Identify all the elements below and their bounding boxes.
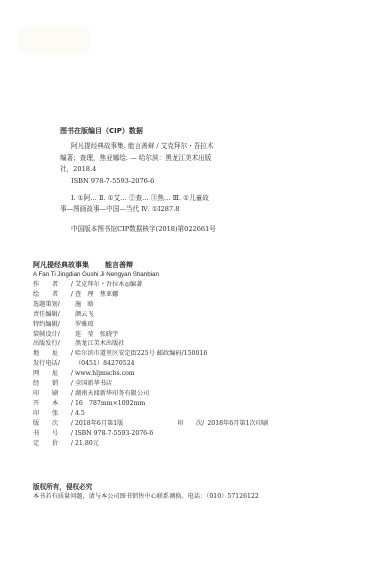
- cip-block: 图书在版编目（CIP）数据 阿凡提经典故事集. 能言善辩 / 艾克拜尔・吾拉木 …: [60, 126, 360, 235]
- credit-value: 艾克拜尔・吾拉木◎编著: [73, 280, 142, 290]
- credit-label: 绘者/: [33, 290, 73, 300]
- credit-label: 特约编辑/: [33, 320, 73, 330]
- credit-value: 全国新华书店: [73, 379, 112, 389]
- credit-label: 选题策划/: [33, 300, 73, 310]
- credit-row: 特约编辑/罗雅琼: [33, 320, 363, 330]
- cip-title: 图书在版编目（CIP）数据: [60, 126, 360, 137]
- credit-row: 网址/www.hljmscbs.com: [33, 369, 363, 379]
- cip-line: 社，2018.4: [60, 164, 360, 175]
- credit-value: 罗雅琼: [73, 320, 94, 330]
- credit-value: 16 787mm×1092mm: [73, 399, 145, 409]
- credit-value: www.hljmscbs.com: [73, 369, 135, 379]
- credit-value: 施 晗: [73, 300, 94, 310]
- credit-label: 印刷/: [33, 389, 73, 399]
- cip-number: 中国版本图书馆CIP数据核字(2018)第022661号: [60, 224, 360, 235]
- credit-row: 选题策划/施 晗: [33, 300, 363, 310]
- book-subtitle: 能言善辩: [105, 261, 133, 269]
- credit-row: 书号/ISBN 978-7-5593-2076-6: [33, 429, 363, 439]
- credit-row: 装帧设计/连 莹 张晓宇: [33, 330, 363, 340]
- credit-row: 开本/16 787mm×1092mm: [33, 399, 363, 409]
- cip-line: 编著；查理，焦亚娜绘. — 哈尔滨：黑龙江美术出版: [60, 153, 360, 164]
- credit-value: 黑龙江美术出版社: [73, 339, 125, 349]
- credit-label: 定价/: [33, 439, 73, 449]
- credit-label: 地址/: [33, 349, 73, 359]
- credit-row: 作者/艾克拜尔・吾拉木◎编著: [33, 280, 363, 290]
- credit-label: 作者/: [33, 280, 73, 290]
- cip-line: 阿凡提经典故事集. 能言善辩 / 艾克拜尔・吾拉木: [60, 141, 360, 152]
- rights-title: 版权所有，侵权必究: [33, 482, 368, 492]
- book-pinyin: A Fan Ti Jingdian Gushi Ji Nengyan Shanb…: [33, 270, 363, 280]
- credit-label: 发行电话/: [33, 359, 73, 369]
- credit-label: 开本/: [33, 399, 73, 409]
- credit-value: 连 莹 张晓宇: [73, 330, 118, 340]
- credit-value: 湖南天闻新华印务有限公司: [73, 389, 149, 399]
- credits-list: 作者/艾克拜尔・吾拉木◎编著绘者/查 理 焦亚娜选题策划/施 晗责任编辑/颜云飞…: [33, 280, 363, 448]
- credit-row: 出版发行/黑龙江美术出版社: [33, 339, 363, 349]
- credit-value: ISBN 978-7-5593-2076-6: [73, 429, 153, 439]
- credit-value: 2018年6月第1版: [73, 419, 123, 429]
- copyright-info: 阿凡提经典故事集能言善辩 A Fan Ti Jingdian Gushi Ji …: [33, 260, 363, 448]
- book-series-title: 阿凡提经典故事集: [33, 261, 89, 269]
- credit-label: 书号/: [33, 429, 73, 439]
- credit-row: 地址/哈尔滨市道里区安定街225号 邮政编码/150016: [33, 349, 363, 359]
- cip-isbn: ISBN 978-7-5593-2076-6: [60, 176, 360, 187]
- credit-value: 21.80元: [73, 439, 99, 449]
- credit-row: 印刷/湖南天闻新华印务有限公司: [33, 389, 363, 399]
- credit-value: 4.5: [73, 409, 85, 419]
- cip-classification: 事—图画故事—中国—当代 Ⅳ. ①I287.8: [60, 204, 360, 215]
- book-title: 阿凡提经典故事集能言善辩: [33, 260, 363, 270]
- credit-label: 印 次/: [177, 419, 207, 429]
- credit-row: 经销/全国新华书店: [33, 379, 363, 389]
- credit-label: 责任编辑/: [33, 310, 73, 320]
- credit-label: 印张/: [33, 409, 73, 419]
- rights-note: 本书若有质量问题，请与本公司图书销售中心联系调换。电话：（010）5712612…: [33, 492, 368, 502]
- credit-value: 查 理 焦亚娜: [73, 290, 118, 300]
- cip-classification: Ⅰ. ①阿… Ⅱ. ①艾… ②查… ③焦… Ⅲ. ①儿童故: [60, 193, 360, 204]
- credit-label: 版次/: [33, 419, 73, 429]
- credit-label: 出版发行/: [33, 339, 73, 349]
- credit-row: 绘者/查 理 焦亚娜: [33, 290, 363, 300]
- credit-value: 颜云飞: [73, 310, 94, 320]
- credit-label: 装帧设计/: [33, 330, 73, 340]
- watermark-logo: [18, 26, 90, 54]
- credit-value: 2018年6月第1次印刷: [207, 419, 268, 429]
- rights-block: 版权所有，侵权必究 本书若有质量问题，请与本公司图书销售中心联系调换。电话：（0…: [33, 482, 368, 502]
- credit-row: 印张/4.5: [33, 409, 363, 419]
- credit-row: 发行电话/（0451）84270524: [33, 359, 363, 369]
- credit-row: 版次/2018年6月第1版印 次/ 2018年6月第1次印刷: [33, 419, 363, 429]
- credit-row: 责任编辑/颜云飞: [33, 310, 363, 320]
- credit-label: 经销/: [33, 379, 73, 389]
- credit-value: （0451）84270524: [73, 359, 135, 369]
- credit-label: 网址/: [33, 369, 73, 379]
- credit-value: 哈尔滨市道里区安定街225号 邮政编码/150016: [73, 349, 207, 359]
- credit-row: 定价/21.80元: [33, 439, 363, 449]
